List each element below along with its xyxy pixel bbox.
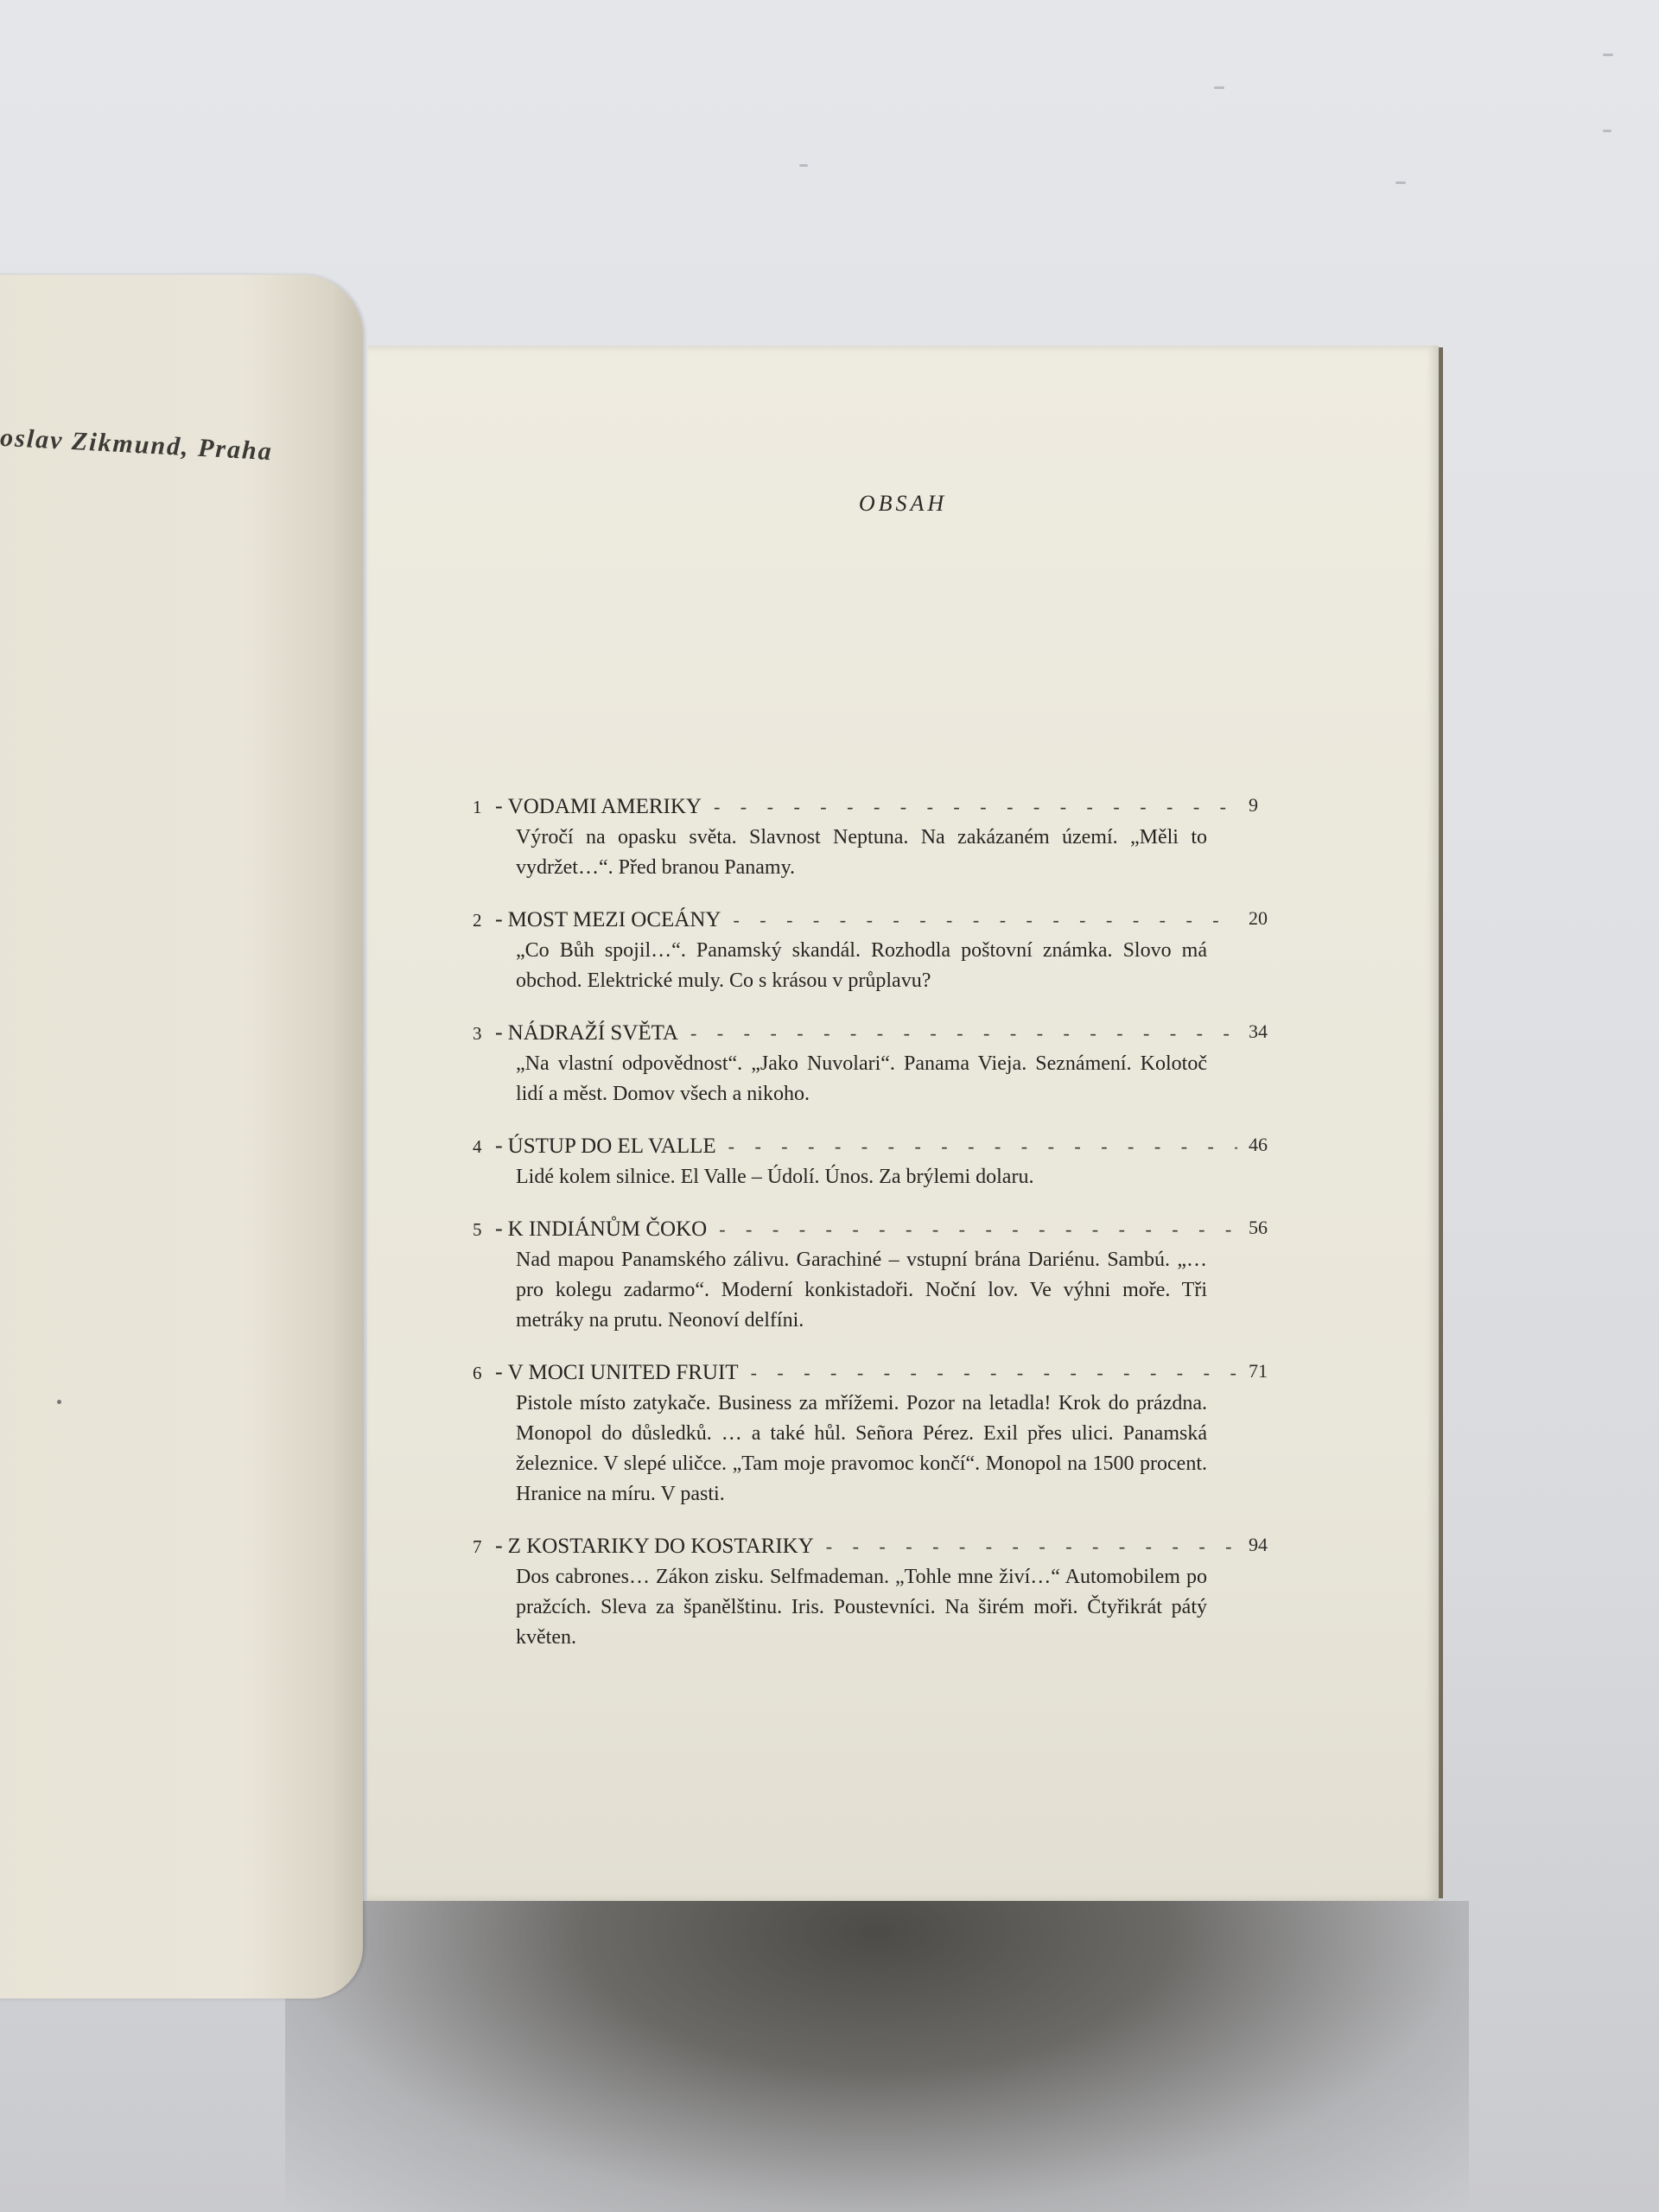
chapter-description: „Co Bůh spojil…“. Panamský skandál. Rozh…	[516, 936, 1207, 996]
chapter-title: ÚSTUP DO EL VALLE	[508, 1131, 716, 1162]
page-speck	[57, 1400, 61, 1404]
chapter-number: 2	[473, 905, 492, 936]
page-number: 34	[1249, 1020, 1268, 1043]
toc-heading: OBSAH	[367, 491, 1439, 517]
toc-entry: 2- MOST MEZI OCEÁNY - - - - - - - - - - …	[473, 904, 1237, 996]
background-speck	[1214, 86, 1224, 89]
chapter-description: Výročí na opasku světa. Slavnost Neptuna…	[516, 823, 1207, 883]
chapter-title: VODAMI AMERIKY	[508, 791, 702, 823]
background-speck	[1395, 181, 1406, 184]
page-number: 71	[1249, 1360, 1268, 1382]
toc-entry: 6- V MOCI UNITED FRUIT - - - - - - - - -…	[473, 1357, 1237, 1510]
chapter-title: V MOCI UNITED FRUIT	[508, 1357, 739, 1389]
chapter-title: K INDIÁNŮM ČOKO	[508, 1214, 708, 1245]
chapter-description: „Na vlastní odpovědnost“. „Jako Nuvolari…	[516, 1049, 1207, 1109]
dot-leader: - - - - - - - - - - - - - - - - - - - - …	[826, 1531, 1237, 1562]
chapter-number: 7	[473, 1531, 492, 1562]
chapter-title: Z KOSTARIKY DO KOSTARIKY	[508, 1531, 814, 1562]
background-speck	[1603, 54, 1613, 56]
chapter-description: Lidé kolem silnice. El Valle – Údolí. Ún…	[516, 1162, 1207, 1192]
toc-entry: 3- NÁDRAŽÍ SVĚTA - - - - - - - - - - - -…	[473, 1017, 1237, 1109]
dot-leader: - - - - - - - - - - - - - - - - - - - - …	[690, 1018, 1237, 1049]
page-number: 56	[1249, 1217, 1268, 1239]
dot-leader: - - - - - - - - - - - - - - - - - - - - …	[728, 1131, 1237, 1162]
chapter-number: 1	[473, 791, 492, 823]
chapter-description: Dos cabrones… Zákon zisku. Selfmademan. …	[516, 1562, 1207, 1653]
chapter-title: NÁDRAŽÍ SVĚTA	[508, 1018, 678, 1049]
dot-leader: - - - - - - - - - - - - - - - - - - - - …	[751, 1357, 1237, 1389]
chapter-number: 6	[473, 1357, 492, 1389]
dot-leader: - - - - - - - - - - - - - - - - - - - - …	[733, 905, 1237, 936]
toc-entry: 5- K INDIÁNŮM ČOKO - - - - - - - - - - -…	[473, 1213, 1237, 1336]
page-number: 94	[1249, 1534, 1268, 1556]
dot-leader: - - - - - - - - - - - - - - - - - - - - …	[719, 1214, 1237, 1245]
chapter-number: 3	[473, 1018, 492, 1049]
right-page: OBSAH 1- VODAMI AMERIKY - - - - - - - - …	[367, 346, 1439, 1901]
toc-entry: 4- ÚSTUP DO EL VALLE - - - - - - - - - -…	[473, 1130, 1237, 1192]
chapter-description: Pistole místo zatykače. Business za mříž…	[516, 1389, 1207, 1510]
page-number: 9	[1249, 794, 1258, 817]
book-shadow	[285, 1901, 1469, 2212]
table-of-contents: 1- VODAMI AMERIKY - - - - - - - - - - - …	[473, 791, 1237, 1674]
chapter-title: MOST MEZI OCEÁNY	[508, 905, 721, 936]
chapter-description: Nad mapou Panamského zálivu. Garachiné –…	[516, 1245, 1207, 1336]
left-page: oslav Zikmund, Praha	[0, 275, 363, 1999]
imprint-text: oslav Zikmund, Praha	[0, 423, 274, 467]
toc-entry: 1- VODAMI AMERIKY - - - - - - - - - - - …	[473, 791, 1237, 883]
page-number: 20	[1249, 907, 1268, 930]
toc-entry: 7- Z KOSTARIKY DO KOSTARIKY - - - - - - …	[473, 1530, 1237, 1653]
page-number: 46	[1249, 1134, 1268, 1156]
chapter-number: 5	[473, 1214, 492, 1245]
background-speck	[799, 164, 808, 167]
chapter-number: 4	[473, 1131, 492, 1162]
background-speck	[1603, 130, 1611, 132]
dot-leader: - - - - - - - - - - - - - - - - - - - - …	[714, 791, 1237, 823]
